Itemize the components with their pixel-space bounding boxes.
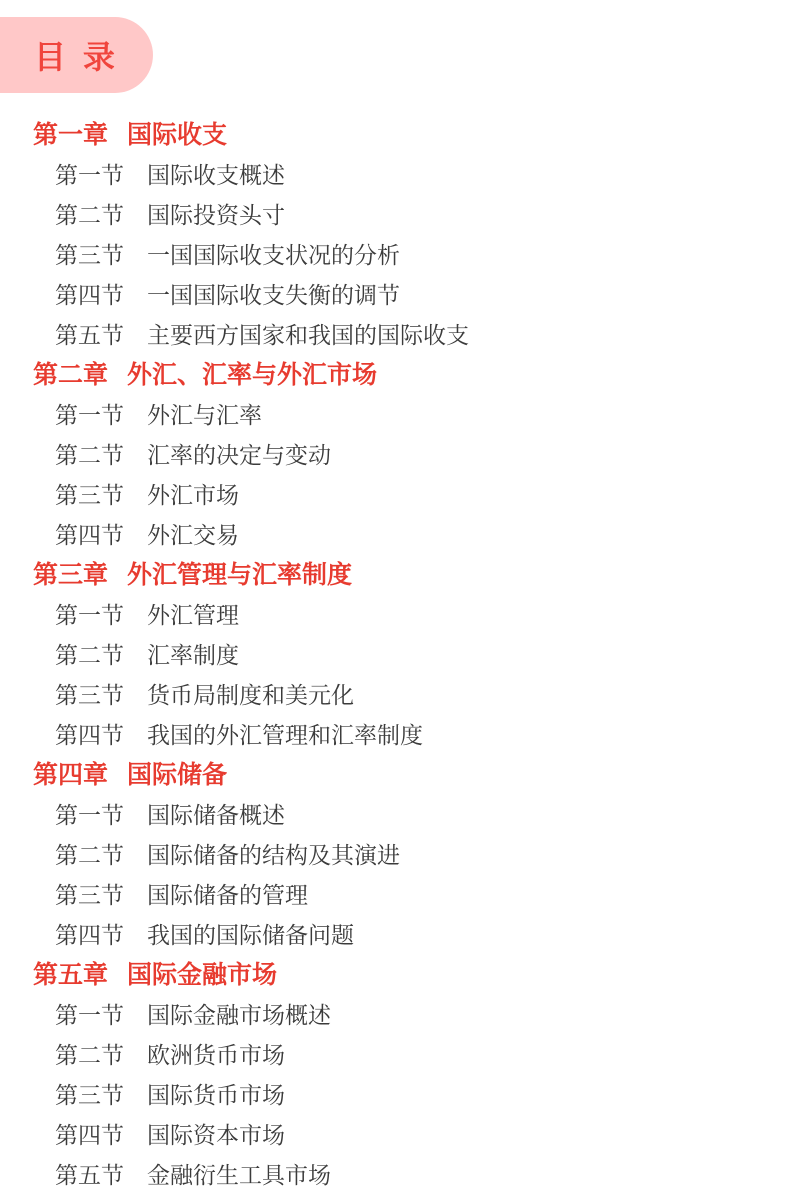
section-title: 外汇与汇率 bbox=[147, 402, 262, 428]
section-item: 第一节外汇与汇率 bbox=[0, 395, 790, 435]
section-number: 第一节 bbox=[55, 1002, 124, 1028]
section-title: 国际金融市场概述 bbox=[147, 1002, 331, 1028]
section-number: 第三节 bbox=[55, 882, 124, 908]
section-number: 第四节 bbox=[55, 922, 124, 948]
chapter-number: 第五章 bbox=[33, 961, 108, 989]
section-title: 国际储备概述 bbox=[147, 802, 285, 828]
section-title: 欧洲货币市场 bbox=[147, 1042, 285, 1068]
section-title: 货币局制度和美元化 bbox=[147, 682, 354, 708]
section-title: 金融衍生工具市场 bbox=[147, 1162, 331, 1188]
section-number: 第五节 bbox=[55, 1162, 124, 1188]
chapter-number: 第三章 bbox=[33, 561, 108, 589]
section-number: 第一节 bbox=[55, 402, 124, 428]
chapter-number: 第二章 bbox=[33, 361, 108, 389]
chapter-title: 外汇、汇率与外汇市场 bbox=[127, 361, 377, 389]
section-number: 第四节 bbox=[55, 522, 124, 548]
chapter-title: 国际金融市场 bbox=[127, 961, 277, 989]
chapter-heading: 第一章国际收支 bbox=[0, 115, 790, 155]
section-item: 第四节一国国际收支失衡的调节 bbox=[0, 275, 790, 315]
section-item: 第一节国际储备概述 bbox=[0, 795, 790, 835]
chapter-heading: 第四章国际储备 bbox=[0, 755, 790, 795]
section-title: 外汇交易 bbox=[147, 522, 239, 548]
section-item: 第二节汇率的决定与变动 bbox=[0, 435, 790, 475]
chapter-title: 国际储备 bbox=[127, 761, 227, 789]
toc-page: 目 录 第一章国际收支 第一节国际收支概述 第二节国际投资头寸 第三节一国国际收… bbox=[0, 0, 790, 1194]
section-title: 我国的国际储备问题 bbox=[147, 922, 354, 948]
section-item: 第五节金融衍生工具市场 bbox=[0, 1155, 790, 1194]
section-item: 第二节国际投资头寸 bbox=[0, 195, 790, 235]
section-item: 第三节货币局制度和美元化 bbox=[0, 675, 790, 715]
section-title: 一国国际收支失衡的调节 bbox=[147, 282, 400, 308]
section-item: 第四节我国的外汇管理和汇率制度 bbox=[0, 715, 790, 755]
section-title: 外汇市场 bbox=[147, 482, 239, 508]
section-item: 第四节国际资本市场 bbox=[0, 1115, 790, 1155]
toc-badge: 目 录 bbox=[0, 17, 153, 93]
section-item: 第一节国际金融市场概述 bbox=[0, 995, 790, 1035]
chapter-heading: 第三章外汇管理与汇率制度 bbox=[0, 555, 790, 595]
section-title: 国际收支概述 bbox=[147, 162, 285, 188]
section-item: 第一节外汇管理 bbox=[0, 595, 790, 635]
section-number: 第一节 bbox=[55, 802, 124, 828]
chapter-number: 第四章 bbox=[33, 761, 108, 789]
section-item: 第四节我国的国际储备问题 bbox=[0, 915, 790, 955]
section-number: 第四节 bbox=[55, 282, 124, 308]
section-number: 第五节 bbox=[55, 322, 124, 348]
section-number: 第四节 bbox=[55, 722, 124, 748]
section-number: 第三节 bbox=[55, 1082, 124, 1108]
section-title: 国际储备的结构及其演进 bbox=[147, 842, 400, 868]
section-item: 第五节主要西方国家和我国的国际收支 bbox=[0, 315, 790, 355]
section-title: 国际资本市场 bbox=[147, 1122, 285, 1148]
section-title: 我国的外汇管理和汇率制度 bbox=[147, 722, 423, 748]
section-title: 汇率制度 bbox=[147, 642, 239, 668]
section-title: 外汇管理 bbox=[147, 602, 239, 628]
section-item: 第三节一国国际收支状况的分析 bbox=[0, 235, 790, 275]
section-title: 国际储备的管理 bbox=[147, 882, 308, 908]
section-number: 第二节 bbox=[55, 842, 124, 868]
section-item: 第二节汇率制度 bbox=[0, 635, 790, 675]
section-item: 第四节外汇交易 bbox=[0, 515, 790, 555]
chapter-title: 外汇管理与汇率制度 bbox=[127, 561, 352, 589]
section-item: 第三节国际储备的管理 bbox=[0, 875, 790, 915]
section-item: 第二节国际储备的结构及其演进 bbox=[0, 835, 790, 875]
chapter-heading: 第二章外汇、汇率与外汇市场 bbox=[0, 355, 790, 395]
section-number: 第三节 bbox=[55, 242, 124, 268]
section-item: 第一节国际收支概述 bbox=[0, 155, 790, 195]
toc-badge-label: 目 录 bbox=[34, 32, 119, 78]
section-title: 主要西方国家和我国的国际收支 bbox=[147, 322, 469, 348]
chapter-heading: 第五章国际金融市场 bbox=[0, 955, 790, 995]
section-item: 第三节外汇市场 bbox=[0, 475, 790, 515]
section-title: 国际货币市场 bbox=[147, 1082, 285, 1108]
section-number: 第四节 bbox=[55, 1122, 124, 1148]
section-title: 一国国际收支状况的分析 bbox=[147, 242, 400, 268]
section-number: 第三节 bbox=[55, 482, 124, 508]
section-number: 第一节 bbox=[55, 162, 124, 188]
section-item: 第三节国际货币市场 bbox=[0, 1075, 790, 1115]
section-title: 国际投资头寸 bbox=[147, 202, 285, 228]
chapter-title: 国际收支 bbox=[127, 121, 227, 149]
section-number: 第一节 bbox=[55, 602, 124, 628]
section-number: 第三节 bbox=[55, 682, 124, 708]
section-item: 第二节欧洲货币市场 bbox=[0, 1035, 790, 1075]
chapter-number: 第一章 bbox=[33, 121, 108, 149]
toc-list: 第一章国际收支 第一节国际收支概述 第二节国际投资头寸 第三节一国国际收支状况的… bbox=[0, 115, 790, 1194]
section-title: 汇率的决定与变动 bbox=[147, 442, 331, 468]
section-number: 第二节 bbox=[55, 202, 124, 228]
section-number: 第二节 bbox=[55, 642, 124, 668]
section-number: 第二节 bbox=[55, 1042, 124, 1068]
section-number: 第二节 bbox=[55, 442, 124, 468]
